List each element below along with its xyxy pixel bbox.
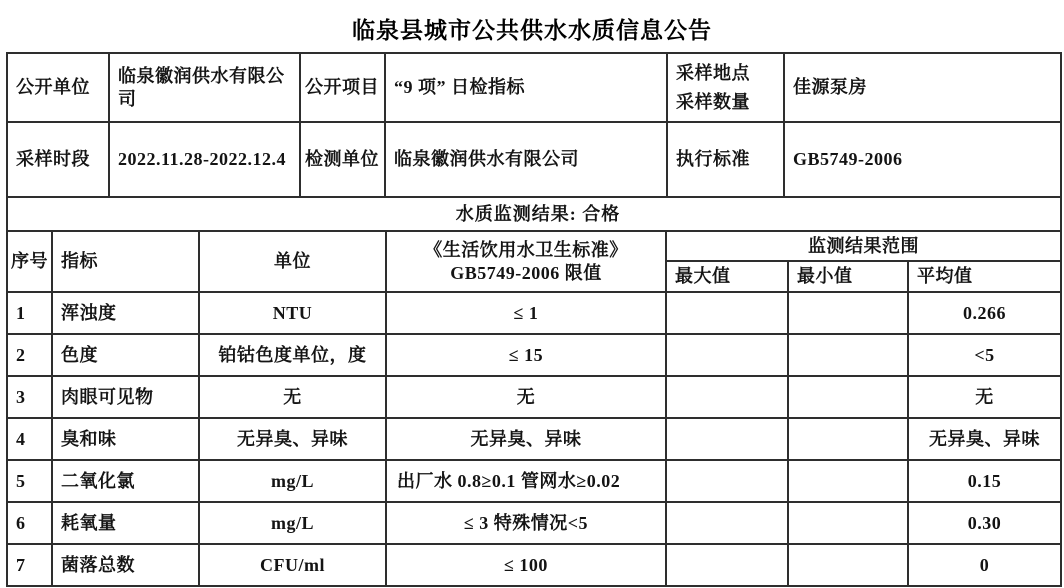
test-unit-value: 临泉徽润供水有限公司 — [385, 122, 667, 197]
result-summary: 水质监测结果: 合格 — [7, 197, 1061, 231]
cell-avg: 0.30 — [908, 502, 1061, 544]
col-header-unit: 单位 — [199, 231, 386, 292]
page-title: 临泉县城市公共供水水质信息公告 — [0, 12, 1064, 45]
sample-quantity-label: 采样数量 — [676, 88, 783, 117]
cell-unit: mg/L — [199, 460, 386, 502]
cell-min — [788, 544, 908, 586]
limit-header-line1: 《生活饮用水卫生标准》 — [389, 239, 663, 262]
standard-label: 执行标准 — [667, 122, 784, 197]
results-header-row-1: 序号 指标 单位 《生活饮用水卫生标准》 GB5749-2006 限值 监测结果… — [7, 231, 1061, 261]
sample-period-label: 采样时段 — [7, 122, 109, 197]
cell-indicator: 浑浊度 — [52, 292, 199, 334]
cell-unit: mg/L — [199, 502, 386, 544]
cell-max — [666, 502, 788, 544]
cell-seq: 4 — [7, 418, 52, 460]
cell-min — [788, 460, 908, 502]
col-header-range-group: 监测结果范围 — [666, 231, 1061, 261]
col-header-indicator: 指标 — [52, 231, 199, 292]
cell-seq: 6 — [7, 502, 52, 544]
cell-unit: 无 — [199, 376, 386, 418]
cell-avg: 0 — [908, 544, 1061, 586]
col-header-seq: 序号 — [7, 231, 52, 292]
cell-max — [666, 544, 788, 586]
cell-seq: 5 — [7, 460, 52, 502]
cell-indicator: 肉眼可见物 — [52, 376, 199, 418]
cell-unit: 无异臭、异味 — [199, 418, 386, 460]
cell-unit: CFU/ml — [199, 544, 386, 586]
cell-avg: 0.15 — [908, 460, 1061, 502]
cell-limit: ≤ 1 — [386, 292, 666, 334]
table-row: 1 浑浊度 NTU ≤ 1 0.266 — [7, 292, 1061, 334]
cell-max — [666, 418, 788, 460]
cell-unit: NTU — [199, 292, 386, 334]
open-project-value: “9 项” 日检指标 — [385, 53, 667, 122]
cell-avg: 无 — [908, 376, 1061, 418]
cell-limit: ≤ 15 — [386, 334, 666, 376]
cell-min — [788, 292, 908, 334]
cell-seq: 7 — [7, 544, 52, 586]
cell-indicator: 臭和味 — [52, 418, 199, 460]
cell-indicator: 二氧化氯 — [52, 460, 199, 502]
cell-seq: 2 — [7, 334, 52, 376]
sample-location-value: 佳源泵房 — [784, 53, 1061, 122]
cell-min — [788, 334, 908, 376]
table-row: 7 菌落总数 CFU/ml ≤ 100 0 — [7, 544, 1061, 586]
sample-period-value: 2022.11.28-2022.12.4 — [109, 122, 300, 197]
col-header-limit: 《生活饮用水卫生标准》 GB5749-2006 限值 — [386, 231, 666, 292]
cell-indicator: 耗氧量 — [52, 502, 199, 544]
cell-indicator: 菌落总数 — [52, 544, 199, 586]
table-row: 6 耗氧量 mg/L ≤ 3 特殊情况<5 0.30 — [7, 502, 1061, 544]
cell-max — [666, 376, 788, 418]
cell-min — [788, 376, 908, 418]
cell-seq: 3 — [7, 376, 52, 418]
sample-location-quantity-label: 采样地点 采样数量 — [667, 53, 784, 122]
cell-unit: 铂钴色度单位，度 — [199, 334, 386, 376]
open-project-label: 公开项目 — [300, 53, 385, 122]
cell-seq: 1 — [7, 292, 52, 334]
standard-value: GB5749-2006 — [784, 122, 1061, 197]
limit-header-line2: GB5749-2006 限值 — [389, 262, 663, 285]
cell-limit: 无 — [386, 376, 666, 418]
cell-limit: 无异臭、异味 — [386, 418, 666, 460]
cell-limit: ≤ 3 特殊情况<5 — [386, 502, 666, 544]
col-header-min: 最小值 — [788, 261, 908, 292]
table-row: 4 臭和味 无异臭、异味 无异臭、异味 无异臭、异味 — [7, 418, 1061, 460]
cell-indicator: 色度 — [52, 334, 199, 376]
announcement-page: 临泉县城市公共供水水质信息公告 公开单位 临泉徽润供水有限公司 公开项目 “9 … — [0, 0, 1064, 588]
cell-avg: <5 — [908, 334, 1061, 376]
cell-min — [788, 418, 908, 460]
open-unit-label: 公开单位 — [7, 53, 109, 122]
cell-limit: ≤ 100 — [386, 544, 666, 586]
table-row: 3 肉眼可见物 无 无 无 — [7, 376, 1061, 418]
cell-limit: 出厂水 0.8≥0.1 管网水≥0.02 — [386, 460, 666, 502]
table-row: 5 二氧化氯 mg/L 出厂水 0.8≥0.1 管网水≥0.02 0.15 — [7, 460, 1061, 502]
info-row-1: 公开单位 临泉徽润供水有限公司 公开项目 “9 项” 日检指标 采样地点 采样数… — [7, 53, 1061, 122]
cell-max — [666, 460, 788, 502]
result-summary-row: 水质监测结果: 合格 — [7, 197, 1061, 231]
cell-avg: 0.266 — [908, 292, 1061, 334]
open-unit-value: 临泉徽润供水有限公司 — [109, 53, 300, 122]
cell-min — [788, 502, 908, 544]
cell-avg: 无异臭、异味 — [908, 418, 1061, 460]
col-header-avg: 平均值 — [908, 261, 1061, 292]
results-table: 序号 指标 单位 《生活饮用水卫生标准》 GB5749-2006 限值 监测结果… — [6, 230, 1062, 587]
cell-max — [666, 292, 788, 334]
col-header-max: 最大值 — [666, 261, 788, 292]
info-table: 公开单位 临泉徽润供水有限公司 公开项目 “9 项” 日检指标 采样地点 采样数… — [6, 52, 1062, 232]
info-row-2: 采样时段 2022.11.28-2022.12.4 检测单位 临泉徽润供水有限公… — [7, 122, 1061, 197]
sample-location-label: 采样地点 — [676, 59, 783, 88]
table-row: 2 色度 铂钴色度单位，度 ≤ 15 <5 — [7, 334, 1061, 376]
cell-max — [666, 334, 788, 376]
test-unit-label: 检测单位 — [300, 122, 385, 197]
tables-wrapper: 公开单位 临泉徽润供水有限公司 公开项目 “9 项” 日检指标 采样地点 采样数… — [6, 52, 1060, 587]
